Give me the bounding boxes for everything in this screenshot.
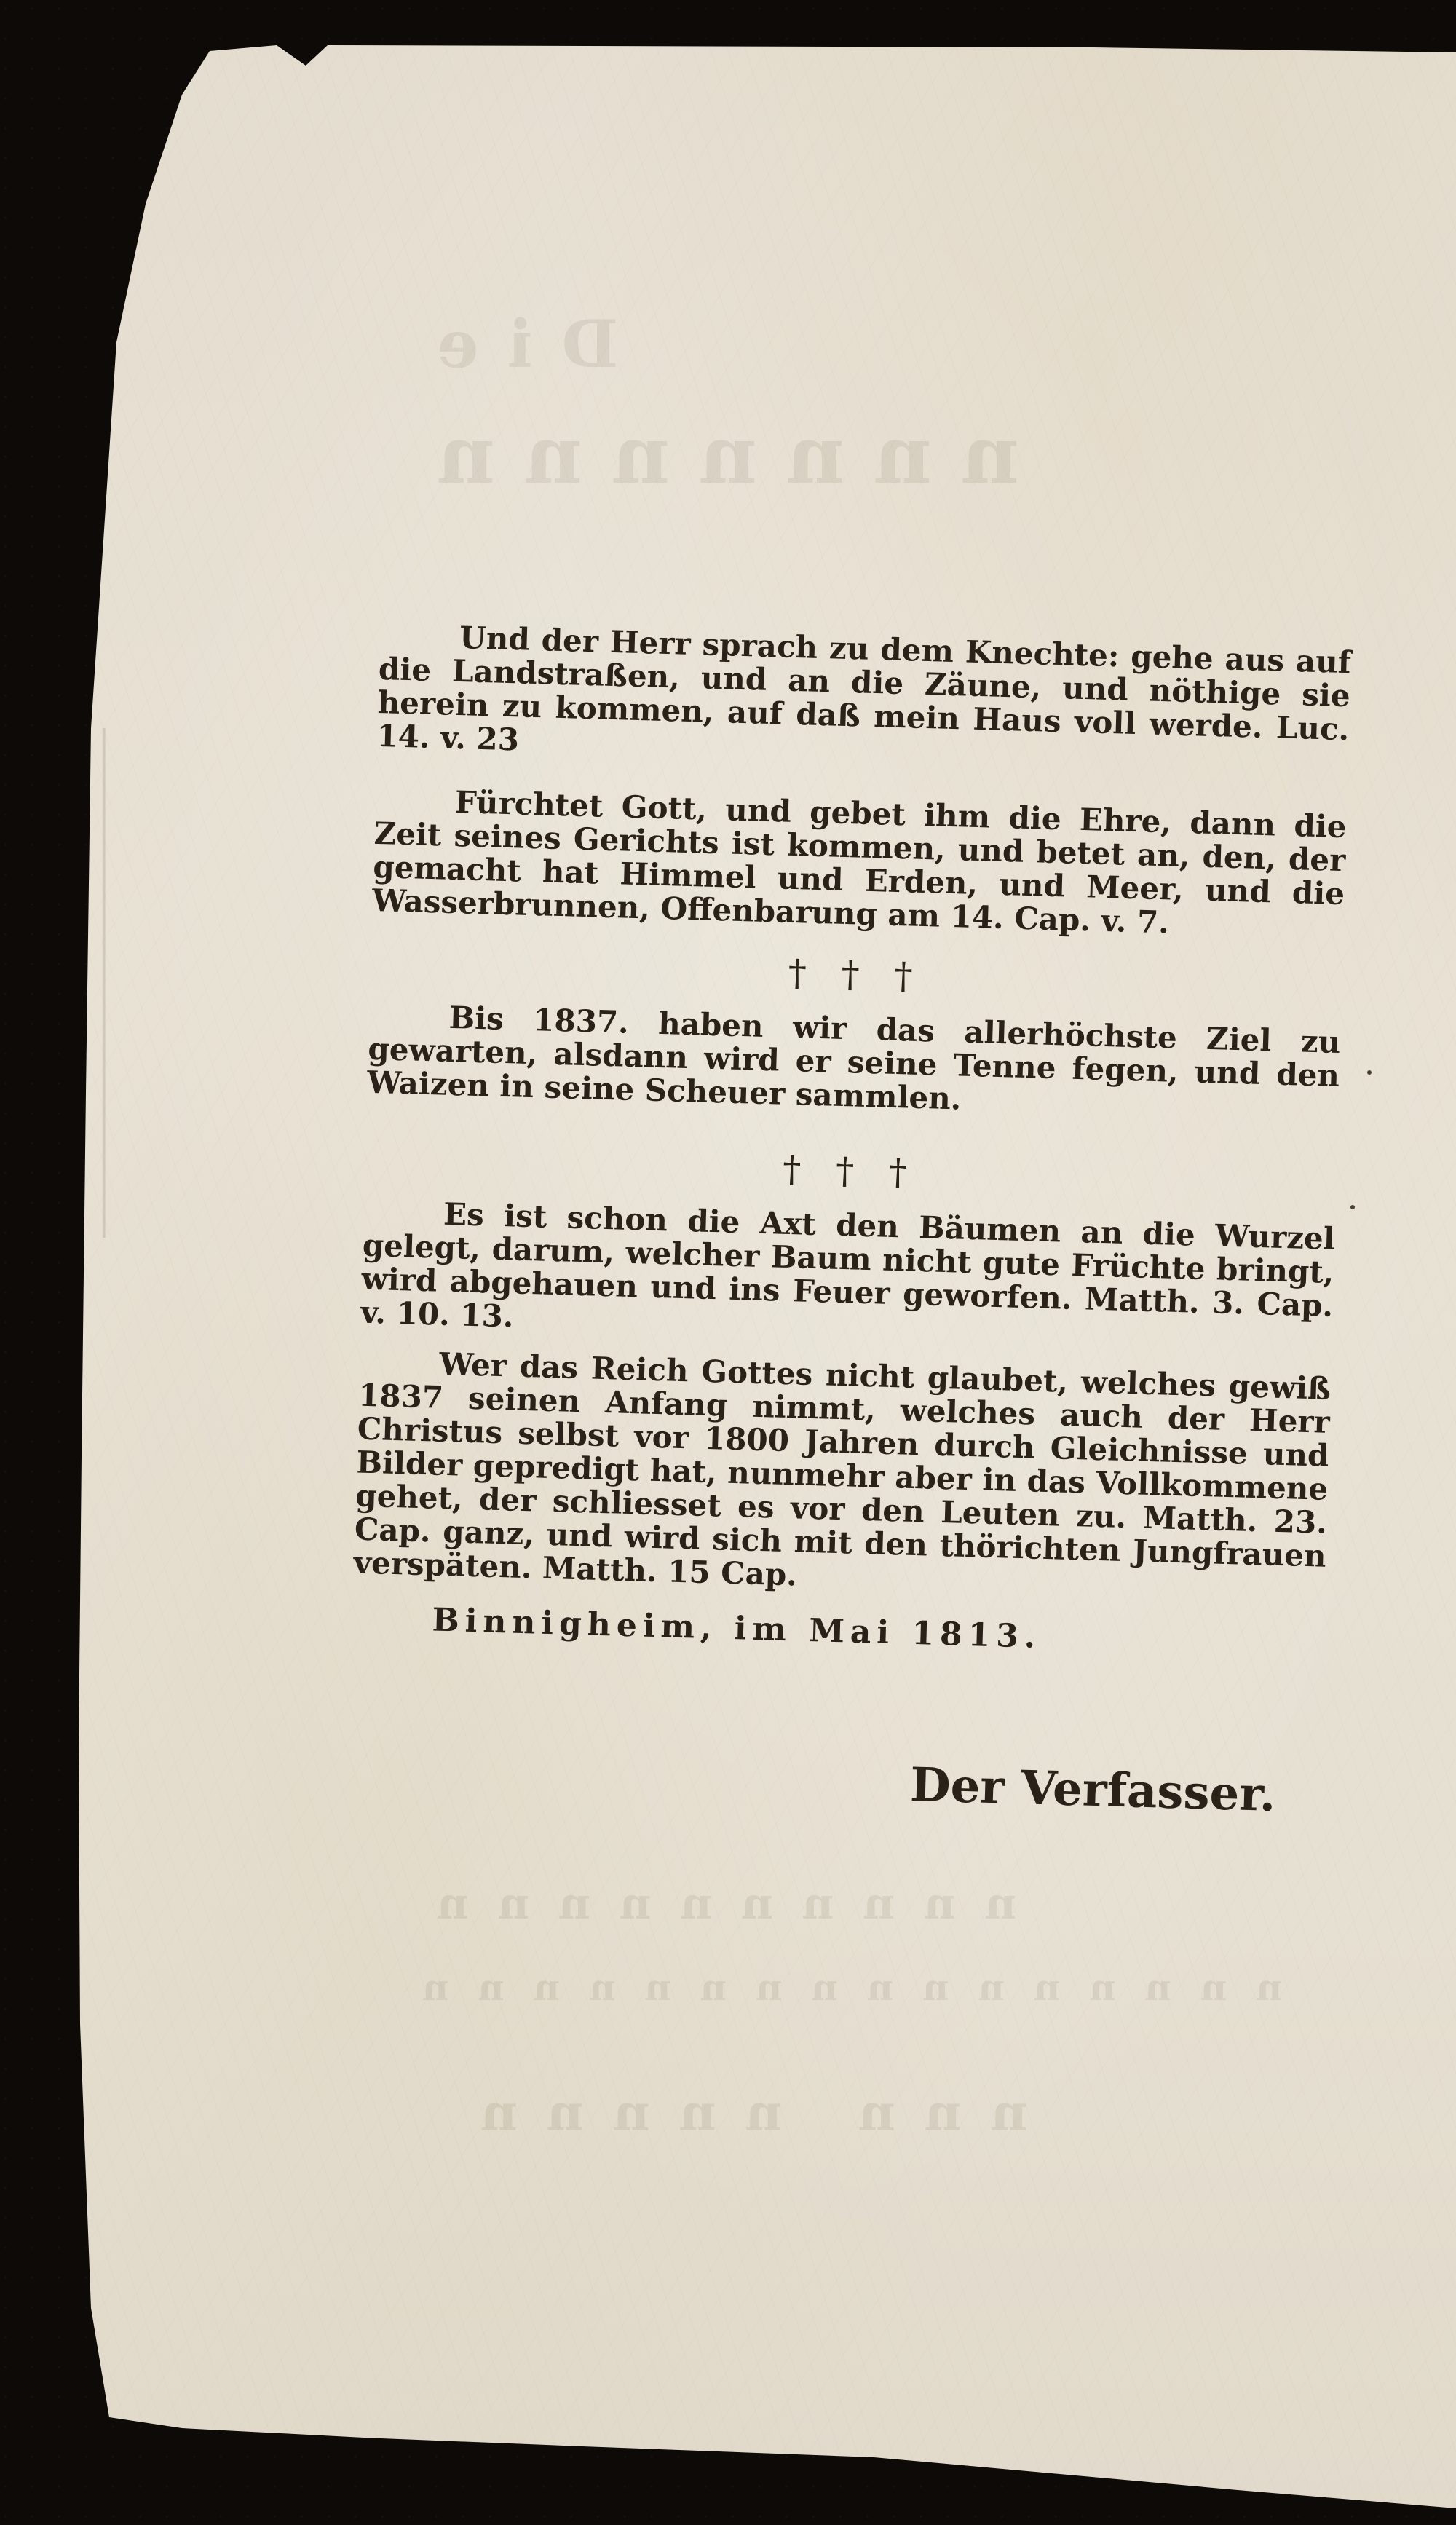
paragraph-text: Und der Herr sprach zu dem Knechte: gehe… xyxy=(376,620,1352,757)
paragraph-revelation: Fürchtet Gott, und gebet ihm die Ehre, d… xyxy=(372,783,1348,944)
showthrough-text: nnnnnnnnnnnnnnnn xyxy=(393,1966,1283,2009)
main-text-block: Und der Herr sprach zu dem Knechte: gehe… xyxy=(347,619,1352,1822)
cross-separator: † † † xyxy=(365,1136,1337,1206)
paragraph-text: Fürchtet Gott, und gebet ihm die Ehre, d… xyxy=(372,784,1348,940)
paragraph-text: Bis 1837. haben wir das allerhöchste Zie… xyxy=(367,1000,1341,1117)
paragraph-1837: Bis 1837. haben wir das allerhöchste Zie… xyxy=(367,999,1341,1126)
author-signature: Der Verfasser. xyxy=(347,1744,1320,1822)
paragraph-matthew-3: Es ist schon die Axt den Bäumen an die W… xyxy=(360,1196,1336,1356)
cross-separator: † † † xyxy=(370,939,1342,1010)
showthrough-text: nnn nnnnn xyxy=(451,2082,1028,2143)
showthrough-text: nnnnnnnnnn xyxy=(408,1878,1016,1929)
ink-speck xyxy=(1367,1070,1372,1075)
place-and-date: Binnigheim, im Mai 1813. xyxy=(432,1604,1324,1662)
ink-speck xyxy=(1350,1205,1355,1209)
page-crease xyxy=(102,728,106,1238)
paragraph-reich-gottes: Wer das Reich Gottes nicht glaubet, welc… xyxy=(353,1346,1331,1607)
paragraph-text: Wer das Reich Gottes nicht glaubet, welc… xyxy=(353,1346,1332,1593)
book-page: Die nnnnnnn nnnnnnnnnn nnnnnnnnnnnnnnnn … xyxy=(0,0,1456,2525)
showthrough-text: nnnnnnn xyxy=(408,408,1019,502)
paragraph-text: Es ist schon die Axt den Bäumen an die W… xyxy=(360,1196,1336,1335)
paragraph-luke: Und der Herr sprach zu dem Knechte: gehe… xyxy=(376,619,1352,780)
showthrough-text: Die xyxy=(408,306,619,383)
